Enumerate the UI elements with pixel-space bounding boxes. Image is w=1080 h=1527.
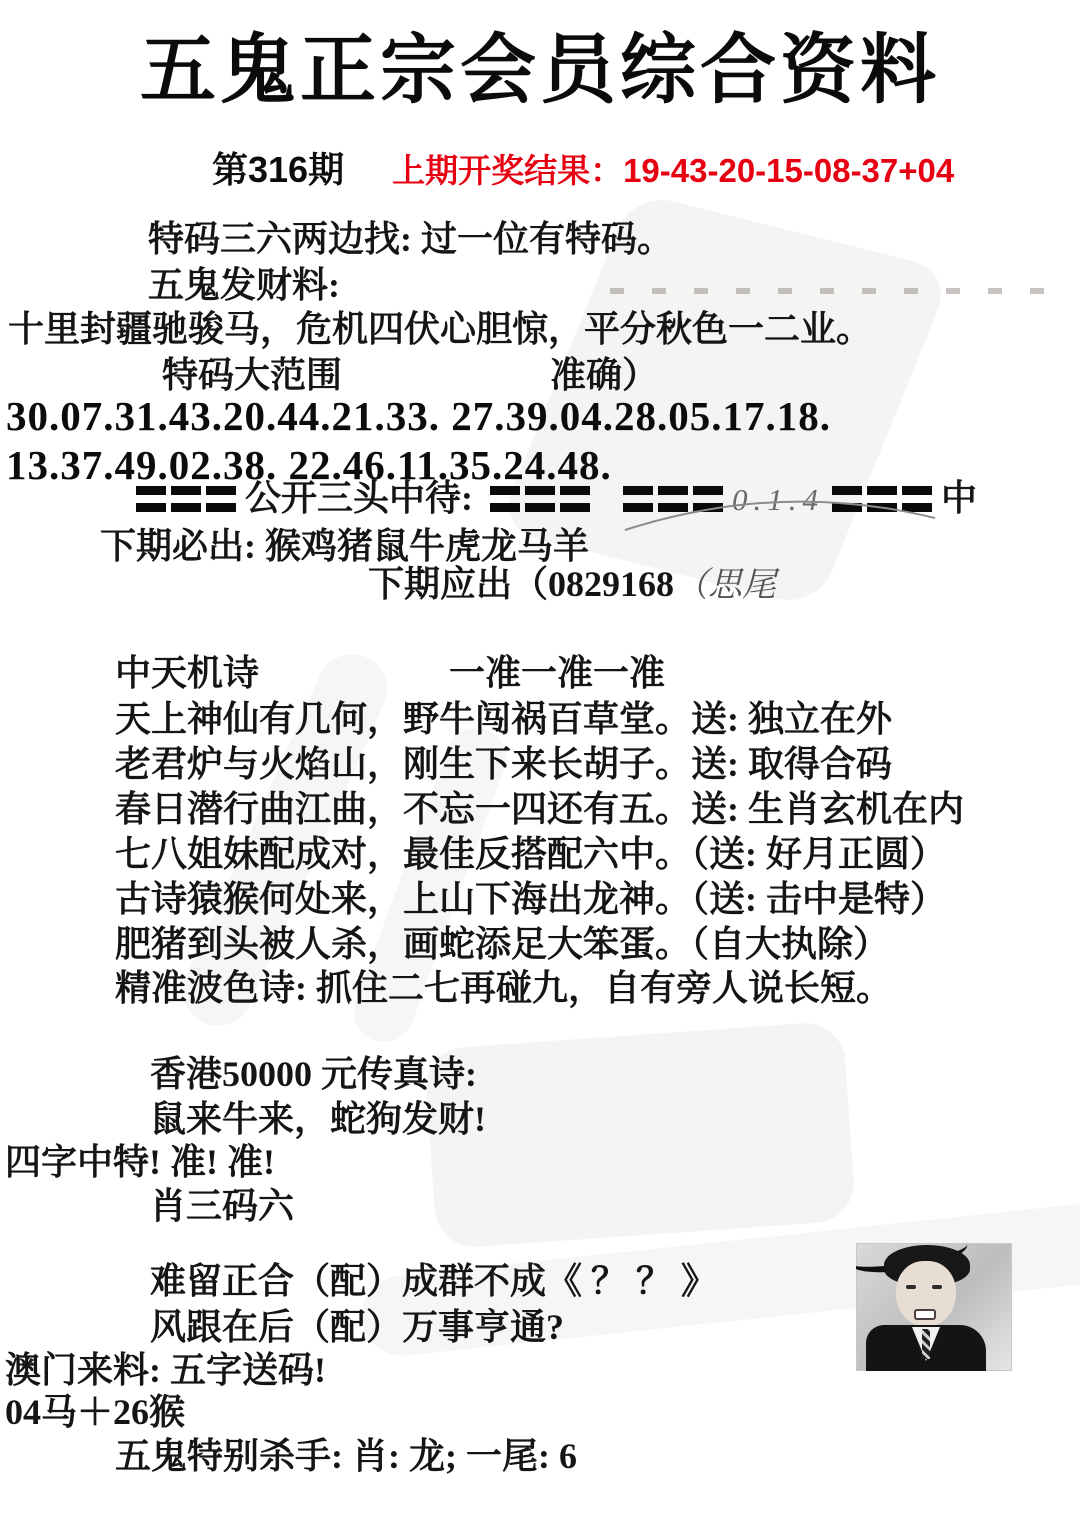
tip-line-sides: 特码三六两边找: 过一位有特码。 — [148, 220, 673, 260]
last-draw-result: 上期开奖结果：19-43-20-15-08-37+04 — [392, 153, 954, 189]
heads-suffix: 中 — [941, 478, 977, 518]
tip-line-fortune-label: 五鬼发财料: — [148, 266, 340, 306]
double-bars-icon — [134, 479, 239, 519]
issue-number: 第316期 — [212, 150, 344, 190]
heads-label: 公开三头中待: — [245, 478, 482, 518]
fax-title: 香港50000 元传真诗: — [150, 1055, 477, 1095]
poem-line: 精准波色诗: 抓住二七再碰九，自有旁人说长短。 — [115, 969, 892, 1009]
eye — [932, 1285, 942, 1289]
portrait-photo — [856, 1243, 1012, 1371]
handwritten-tail: （思尾 — [674, 567, 776, 604]
killer-line: 五鬼特别杀手: 肖: 龙; 一尾: 6 — [115, 1437, 577, 1477]
tip-line-range: 特码大范围 准确） — [162, 356, 658, 396]
eye — [906, 1285, 916, 1289]
poem-header: 中天机诗 一准一准一准 — [115, 654, 665, 694]
tie — [922, 1329, 930, 1359]
double-bars-icon — [488, 479, 593, 519]
poem-line: 古诗猿猴何处来，上山下海出龙神。（送: 击中是特） — [115, 880, 946, 920]
three-heads-line: 公开三头中待: 0.1.4中 — [128, 479, 977, 519]
fax-line-four-char: 四字中特! 准! 准! — [5, 1143, 275, 1183]
fax-line-zodiac: 鼠来牛来，蛇狗发财! — [150, 1100, 486, 1140]
poem-accuracy: 一准一准一准 — [449, 653, 665, 693]
tip-line-verse: 十里封疆驰骏马，危机四伏心胆惊，平分秋色一二业。 — [8, 310, 872, 350]
pair-line-1: 难留正合（配）成群不成《 ？ ？ 》 — [150, 1262, 717, 1302]
macau-line: 澳门来料: 五字送码! — [5, 1351, 326, 1391]
watermark-blob — [424, 1021, 857, 1250]
poem-title: 中天机诗 — [115, 653, 259, 693]
double-bars-icon — [830, 479, 935, 519]
lottery-tip-sheet: 五鬼正宗会员综合资料 第316期 上期开奖结果：19-43-20-15-08-3… — [0, 0, 1080, 1527]
poem-line: 春日潜行曲江曲，不忘一四还有五。送: 生肖玄机在内 — [115, 790, 964, 830]
poem-line: 肥猪到头被人杀，画蛇添足大笨蛋。（自大执除） — [115, 925, 889, 965]
handwritten-note: 0.1.4 — [732, 482, 824, 517]
special-number-row-1: 30.07.31.43.20.44.21.33. 27.39.04.28.05.… — [6, 394, 831, 439]
poem-line: 老君炉与火焰山，刚生下来长胡子。送: 取得合码 — [115, 745, 892, 785]
faded-text-remnant — [610, 288, 1070, 294]
code-pair-line: 04马＋26猴 — [5, 1393, 185, 1433]
poem-line: 七八姐妹配成对，最佳反搭配六中。（送: 好月正圆） — [115, 835, 946, 875]
fax-line-three-codes: 肖三码六 — [150, 1187, 294, 1227]
double-bars-icon — [621, 479, 726, 519]
poem-line: 天上神仙有几何，野牛闯祸百草堂。送: 独立在外 — [115, 700, 892, 740]
mouth — [914, 1309, 936, 1320]
page-title: 五鬼正宗会员综合资料 — [0, 30, 1080, 114]
next-should-line: 下期应出（0829168（思尾 — [368, 565, 776, 605]
pair-line-2: 风跟在后（配）万事亨通? — [150, 1308, 564, 1348]
issue-row: 第316期 上期开奖结果：19-43-20-15-08-37+04 — [212, 150, 954, 190]
next-must-line: 下期必出: 猴鸡猪鼠牛虎龙马羊 — [100, 527, 589, 567]
